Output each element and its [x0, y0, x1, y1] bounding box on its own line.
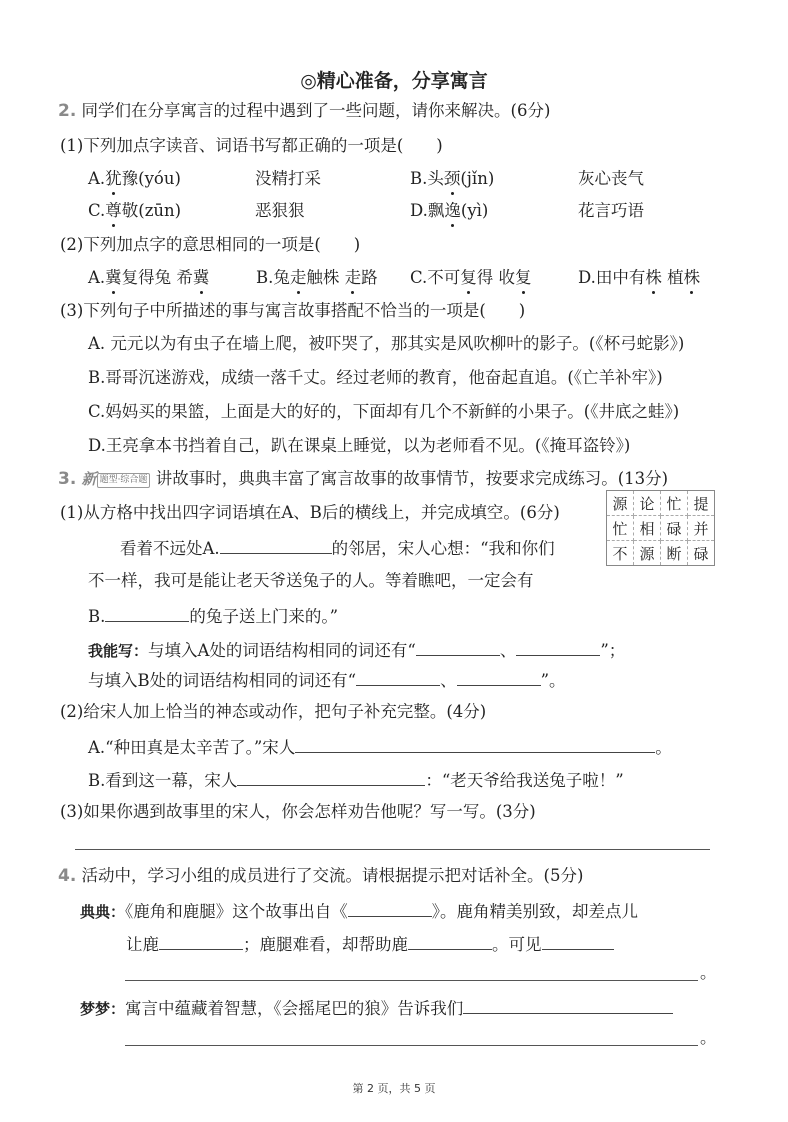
q2-sub2-option-a[interactable]: A.冀复得兔 希冀: [88, 267, 209, 289]
write-b-blank-2[interactable]: [457, 668, 541, 686]
new-type-badge: 新: [82, 470, 97, 488]
question-number: 2.: [58, 101, 76, 121]
q3-sub2-b: B.看到这一幕，宋人：“老天爷给我送兔子啦！”: [88, 768, 624, 792]
q2-sub1-stem: (1)下列加点字读音、词语书写都正确的一项是( ): [60, 135, 443, 157]
q3-write-b: 与填入B处的词语结构相同的词还有“、”。: [88, 668, 566, 692]
period: 。: [700, 1027, 717, 1049]
q2-sub2-option-b[interactable]: B.兔走触株 走路: [256, 267, 378, 289]
q2-sub3-option-a[interactable]: A. 元元以为有虫子在墙上爬，被吓哭了，那其实是风吹柳叶的影子。(《杯弓蛇影》): [88, 333, 684, 355]
q2-sub2-option-d[interactable]: D.田中有株 植株: [578, 267, 700, 289]
q3-sub1-stem: (1)从方格中找出四字词语填在A、B后的横线上，并完成填空。(6分): [60, 502, 560, 524]
q2-sub2-option-c[interactable]: C.不可复得 收复: [410, 267, 532, 289]
q2-sub1-option-c-word: 恶狠狠: [255, 200, 305, 222]
question-text: 讲故事时，典典丰富了寓言故事的故事情节，按要求完成练习。(13分): [156, 469, 668, 488]
q2-sub1-option-d-word: 花言巧语: [578, 200, 644, 222]
question-2-stem: 2. 同学们在分享寓言的过程中遇到了一些问题，请你来解决。(6分): [58, 100, 550, 122]
write-b-blank-1[interactable]: [356, 668, 440, 686]
mm-blank-1[interactable]: [463, 996, 673, 1014]
q2-sub3-option-d[interactable]: D.王亮拿本书挡着自己，趴在课桌上睡觉，以为老师看不见。(《掩耳盗铃》): [88, 435, 630, 457]
question-4-stem: 4. 活动中，学习小组的成员进行了交流。请根据提示把对话补全。(5分): [58, 865, 583, 887]
question-type-badge: 题型·综合题: [97, 473, 151, 488]
character-grid: 源论忙提 忙相碌并 不源断碌: [606, 490, 715, 566]
period: 。: [700, 962, 717, 984]
q2-sub1-option-d[interactable]: D.飘逸(yì): [410, 200, 488, 222]
question-3-stem: 3. 新题型·综合题 讲故事时，典典丰富了寓言故事的故事情节，按要求完成练习。(…: [58, 468, 668, 490]
sub2-blank-a[interactable]: [295, 735, 655, 753]
q4-dd-line-1: 典典：《鹿角和鹿腿》这个故事出自《》。鹿角精美别致，却差点儿: [80, 899, 638, 923]
question-text: 同学们在分享寓言的过程中遇到了一些问题，请你来解决。(6分): [82, 101, 551, 120]
page-footer: 第 2 页，共 5 页: [0, 1080, 788, 1096]
question-number: 3.: [58, 469, 76, 489]
q2-sub1-option-c[interactable]: C.尊敬(zūn): [88, 200, 181, 222]
question-text: 活动中，学习小组的成员进行了交流。请根据提示把对话补全。(5分): [82, 866, 584, 885]
q2-sub2-stem: (2)下列加点字的意思相同的一项是( ): [60, 234, 360, 256]
answer-line[interactable]: [75, 849, 710, 850]
section-title: ◎精心准备，分享寓言: [0, 70, 788, 92]
blank-a[interactable]: [220, 536, 332, 554]
question-number: 4.: [58, 866, 76, 886]
q2-sub3-stem: (3)下列句子中所描述的事与寓言故事搭配不恰当的一项是( ): [60, 300, 525, 322]
q2-sub1-option-a[interactable]: A.犹豫(yóu): [88, 168, 181, 190]
q3-sub3-stem: (3)如果你遇到故事里的宋人，你会怎样劝告他呢？写一写。(3分): [60, 801, 536, 823]
mm-answer-line[interactable]: [125, 1045, 698, 1046]
q3-story-line-3: B.的兔子送上门来的。”: [88, 604, 338, 628]
dd-blank-3[interactable]: [542, 932, 614, 950]
q2-sub1-option-b-word: 灰心丧气: [578, 168, 644, 190]
q2-sub1-option-b[interactable]: B.头颈(jǐn): [410, 168, 494, 190]
q3-write-a: 我能写：与填入A处的词语结构相同的词还有“、”；: [88, 638, 625, 662]
dd-blank-2[interactable]: [408, 932, 492, 950]
q2-sub1-option-a-word: 没精打采: [255, 168, 321, 190]
q3-sub2-a: A.“种田真是太辛苦了。”宋人。: [88, 735, 672, 759]
book-title-blank[interactable]: [348, 899, 432, 917]
q4-mm-line-1: 梦梦：寓言中蕴藏着智慧，《会摇尾巴的狼》告诉我们: [80, 996, 673, 1020]
dd-answer-line[interactable]: [125, 980, 698, 981]
q4-dd-line-2: 让鹿；鹿腿难看，却帮助鹿。可见: [126, 932, 614, 956]
q3-sub2-stem: (2)给宋人加上恰当的神态或动作，把句子补充完整。(4分): [60, 701, 486, 723]
q3-story-line-1: 看着不远处A.的邻居，宋人心想：“我和你们: [120, 536, 555, 560]
blank-b[interactable]: [105, 604, 189, 622]
write-a-blank-2[interactable]: [516, 638, 600, 656]
write-a-blank-1[interactable]: [416, 638, 500, 656]
q2-sub3-option-b[interactable]: B.哥哥沉迷游戏，成绩一落千丈。经过老师的教育，他奋起直追。(《亡羊补牢》): [88, 367, 663, 389]
q2-sub3-option-c[interactable]: C.妈妈买的果篮，上面是大的好的，下面却有几个不新鲜的小果子。(《井底之蛙》): [88, 401, 679, 423]
q3-story-line-2: 不一样，我可是能让老天爷送兔子的人。等着瞧吧，一定会有: [88, 570, 534, 592]
sub2-blank-b[interactable]: [237, 768, 425, 786]
dd-blank-1[interactable]: [159, 932, 243, 950]
